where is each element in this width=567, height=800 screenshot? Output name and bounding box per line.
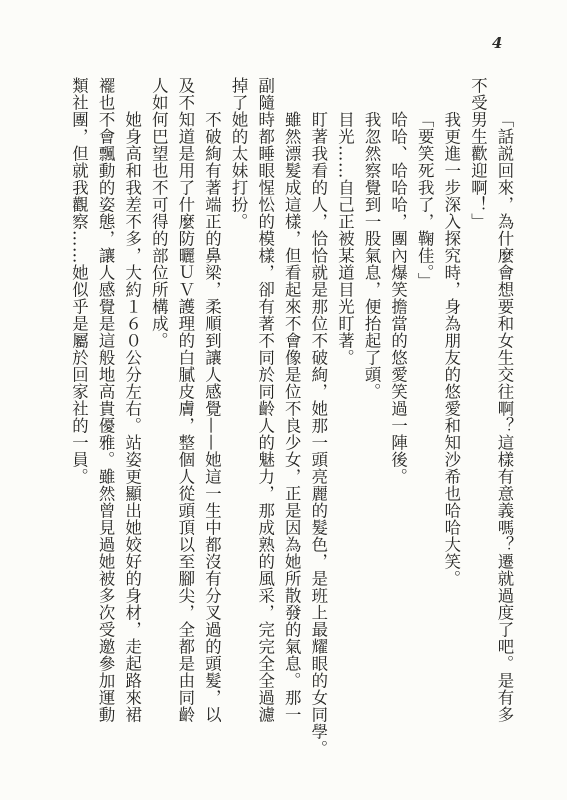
- book-page: 4 「話説回來，為什麼會想要和女生交往啊？這樣有意義嗎？遷就過度了吧。是有多不受…: [0, 0, 567, 800]
- text-column-12: 不破絢有著端正的鼻梁，柔順到讓人感覺——她這一生中都沒有分叉過的頭髮，以: [198, 77, 225, 777]
- text-column-17: 類社團，但就我觀察……她似乎是屬於回家社的一員。: [65, 77, 92, 777]
- text-column-16: 襬也不會飄動的姿態，讓人感覺是這般地高貴優雅。雖然曾見過她被多次受邀參加運動: [92, 77, 119, 777]
- text-column-13: 及不知道是用了什麼防曬ＵＶ護理的白膩皮膚，整個人從頭頂以至腳尖，全都是由同齡: [171, 77, 198, 777]
- text-column-2: 不受男生歡迎啊！」: [464, 77, 491, 777]
- text-column-9: 雖然漂髮成這樣，但看起來不會像是位不良少女，正是因為她所散發的氣息。那一: [278, 77, 305, 777]
- text-column-6: 我忽然察覺到一股氣息，便抬起了頭。: [357, 77, 384, 777]
- page-number: 4: [492, 34, 502, 52]
- text-column-1: 「話説回來，為什麼會想要和女生交往啊？這樣有意義嗎？遷就過度了吧。是有多: [490, 77, 517, 777]
- text-columns: 「話説回來，為什麼會想要和女生交往啊？這樣有意義嗎？遷就過度了吧。是有多不受男生…: [65, 77, 517, 777]
- text-column-10: 副隨時都睡眼惺忪的模樣，卻有著不同於同齡人的魅力，那成熟的風采，完完全全過濾: [251, 77, 278, 777]
- text-column-4: 「要笑死我了，鞠佳。」: [411, 77, 438, 777]
- text-column-11: 掉了她的太妹打扮。: [224, 77, 251, 777]
- text-column-7: 目光……自己正被某道目光盯著。: [331, 77, 358, 777]
- text-column-14: 人如何巴望也不可得的部位所構成。: [145, 77, 172, 777]
- text-column-3: 我更進一步深入探究時，身為朋友的悠愛和知沙希也哈哈大笑。: [437, 77, 464, 777]
- text-column-5: 哈哈、哈哈哈，團內爆笑擔當的悠愛笑過一陣後。: [384, 77, 411, 777]
- text-column-15: 她身高和我差不多，大約１６０公分左右。站姿更顯出她姣好的身材，走起路來裙: [118, 77, 145, 777]
- text-column-8: 盯著我看的人，恰恰就是那位不破絢，她那一頭亮麗的髮色，是班上最耀眼的女同學。: [304, 77, 331, 777]
